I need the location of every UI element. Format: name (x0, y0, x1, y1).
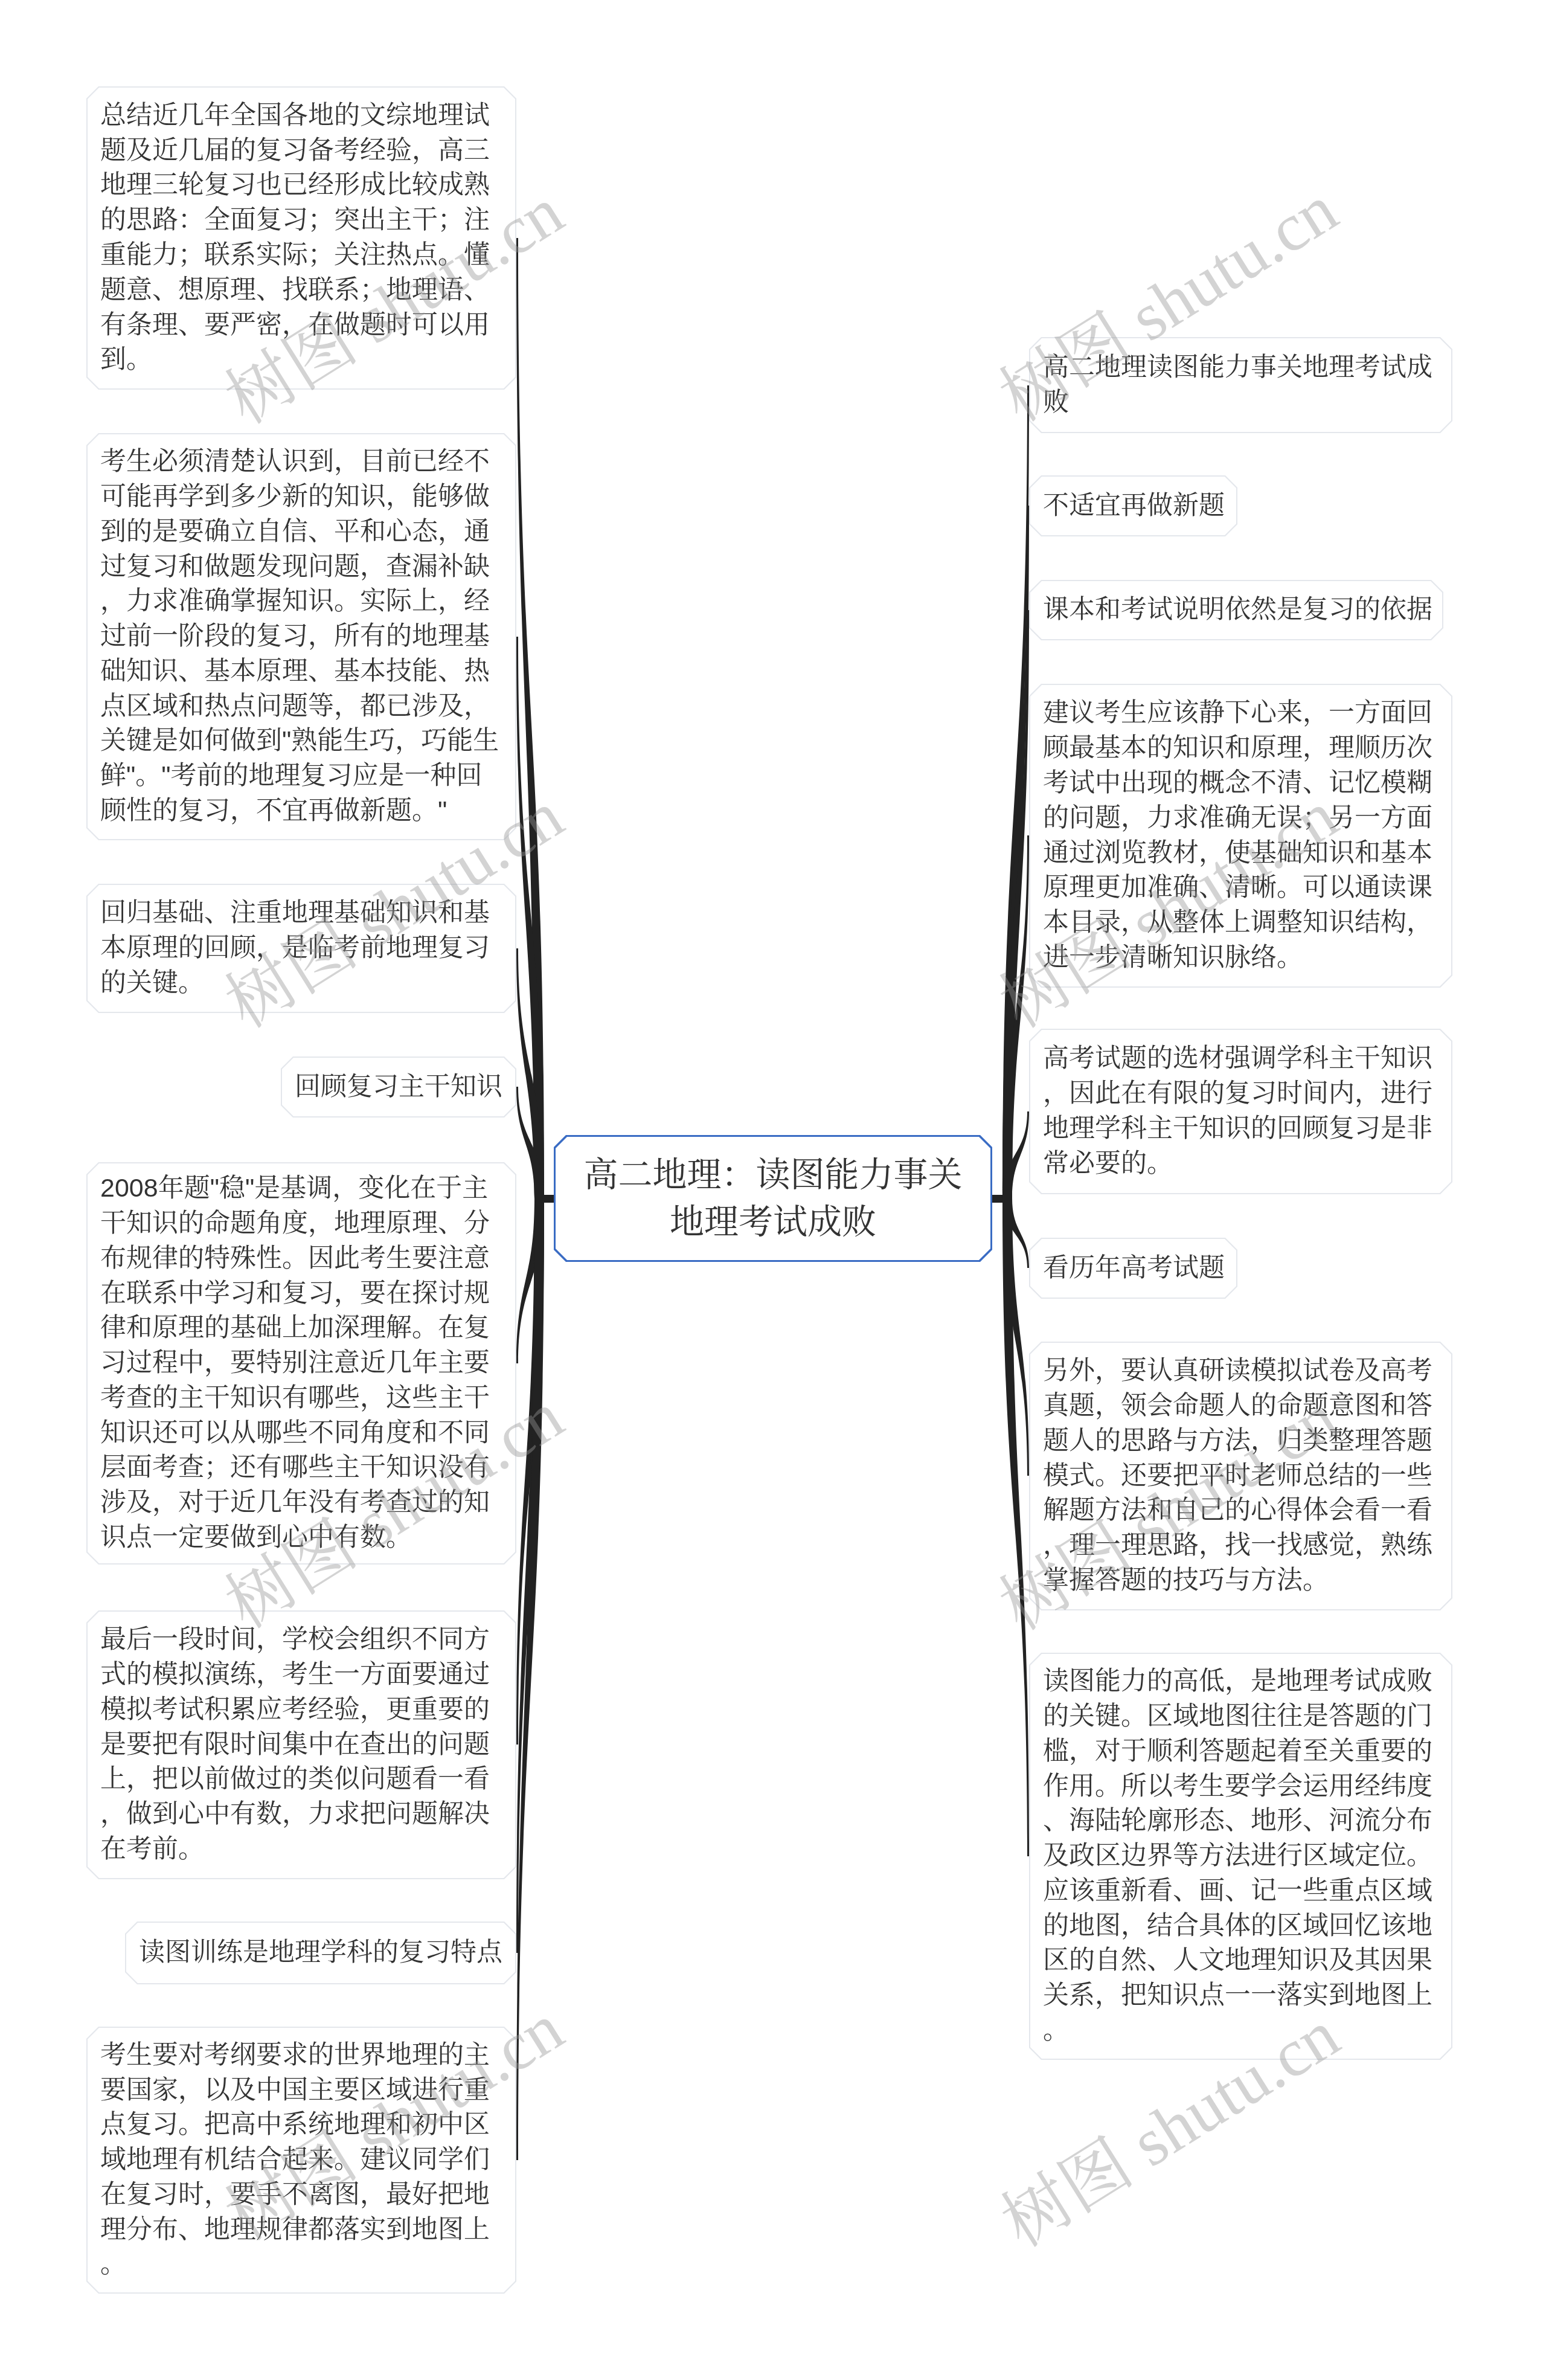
right-topic-3: 课本和考试说明依然是复习的依据 (1029, 580, 1443, 640)
right-topic-8: 读图能力的高低，是地理考试成败 的关键。区域地图往往是答题的门 槛，对于顺利答题… (1029, 1653, 1452, 2060)
root-topic: 高二地理：读图能力事关 地理考试成败 (554, 1135, 992, 1262)
right-topic-6: 看历年高考试题 (1029, 1238, 1237, 1299)
topic-text: 课本和考试说明依然是复习的依据 (1030, 593, 1432, 628)
topic-text: 读图能力的高低，是地理考试成败 的关键。区域地图往往是答题的门 槛，对于顺利答题… (1030, 1664, 1432, 2048)
left-topic-6: 最后一段时间，学校会组织不同方 式的模拟演练，考生一方面要通过 模拟考试积累应考… (86, 1610, 516, 1879)
topic-text: 总结近几年全国各地的文综地理试 题及近几届的复习备考经验，高三 地理三轮复习也已… (88, 98, 490, 378)
topic-text: 建议考生应该静下心来，一方面回 顾最基本的知识和原理，理顺历次 考试中出现的概念… (1030, 696, 1432, 975)
left-topic-5: 2008年题"稳"是基调，变化在于主 干知识的命题角度，地理原理、分 布规律的特… (86, 1162, 516, 1565)
mindmap-canvas: 高二地理：读图能力事关 地理考试成败 总结近几年全国各地的文综地理试 题及近几届… (0, 0, 1546, 2380)
right-topic-2: 不适宜再做新题 (1029, 475, 1237, 536)
topic-text: 回归基础、注重地理基础知识和基 本原理的回顾，是临考前地理复习 的关键。 (88, 896, 490, 1000)
topic-text: 看历年高考试题 (1030, 1251, 1225, 1286)
right-topic-7: 另外，要认真研读模拟试卷及高考 真题，领会命题人的命题意图和答 题人的思路与方法… (1029, 1342, 1452, 1610)
left-topic-2: 考生必须清楚认识到，目前已经不 可能再学到多少新的知识，能够做 到的是要确立自信… (86, 433, 516, 840)
right-topic-5: 高考试题的选材强调学科主干知识 ，因此在有限的复习时间内，进行 地理学科主干知识… (1029, 1029, 1452, 1194)
topic-text: 高二地理读图能力事关地理考试成 败 (1030, 350, 1432, 420)
topic-text: 2008年题"稳"是基调，变化在于主 干知识的命题角度，地理原理、分 布规律的特… (88, 1171, 490, 1555)
topic-text: 高考试题的选材强调学科主干知识 ，因此在有限的复习时间内，进行 地理学科主干知识… (1030, 1041, 1432, 1181)
root-topic-body: 高二地理：读图能力事关 地理考试成败 (556, 1137, 990, 1260)
topic-text: 另外，要认真研读模拟试卷及高考 真题，领会命题人的命题意图和答 题人的思路与方法… (1030, 1354, 1432, 1598)
left-topic-1: 总结近几年全国各地的文综地理试 题及近几届的复习备考经验，高三 地理三轮复习也已… (86, 86, 516, 390)
left-topic-3: 回归基础、注重地理基础知识和基 本原理的回顾，是临考前地理复习 的关键。 (86, 884, 516, 1013)
left-topic-4: 回顾复习主干知识 (281, 1057, 516, 1118)
left-topic-8: 考生要对考纲要求的世界地理的主 要国家，以及中国主要区域进行重 点复习。把高中系… (86, 2027, 516, 2294)
topic-text: 考生必须清楚认识到，目前已经不 可能再学到多少新的知识，能够做 到的是要确立自信… (88, 445, 499, 829)
topic-text: 考生要对考纲要求的世界地理的主 要国家，以及中国主要区域进行重 点复习。把高中系… (88, 2038, 490, 2283)
topic-text: 回顾复习主干知识 (282, 1070, 502, 1105)
topic-text: 最后一段时间，学校会组织不同方 式的模拟演练，考生一方面要通过 模拟考试积累应考… (88, 1623, 490, 1867)
root-topic-label: 高二地理：读图能力事关 地理考试成败 (584, 1151, 963, 1246)
topic-text: 读图训练是地理学科的复习特点 (126, 1935, 502, 1970)
left-topic-7: 读图训练是地理学科的复习特点 (125, 1922, 516, 1984)
right-topic-4: 建议考生应该静下心来，一方面回 顾最基本的知识和原理，理顺历次 考试中出现的概念… (1029, 684, 1452, 988)
topic-text: 不适宜再做新题 (1030, 489, 1225, 524)
branch-left-8 (516, 1198, 544, 2160)
right-topic-1: 高二地理读图能力事关地理考试成 败 (1029, 337, 1452, 433)
